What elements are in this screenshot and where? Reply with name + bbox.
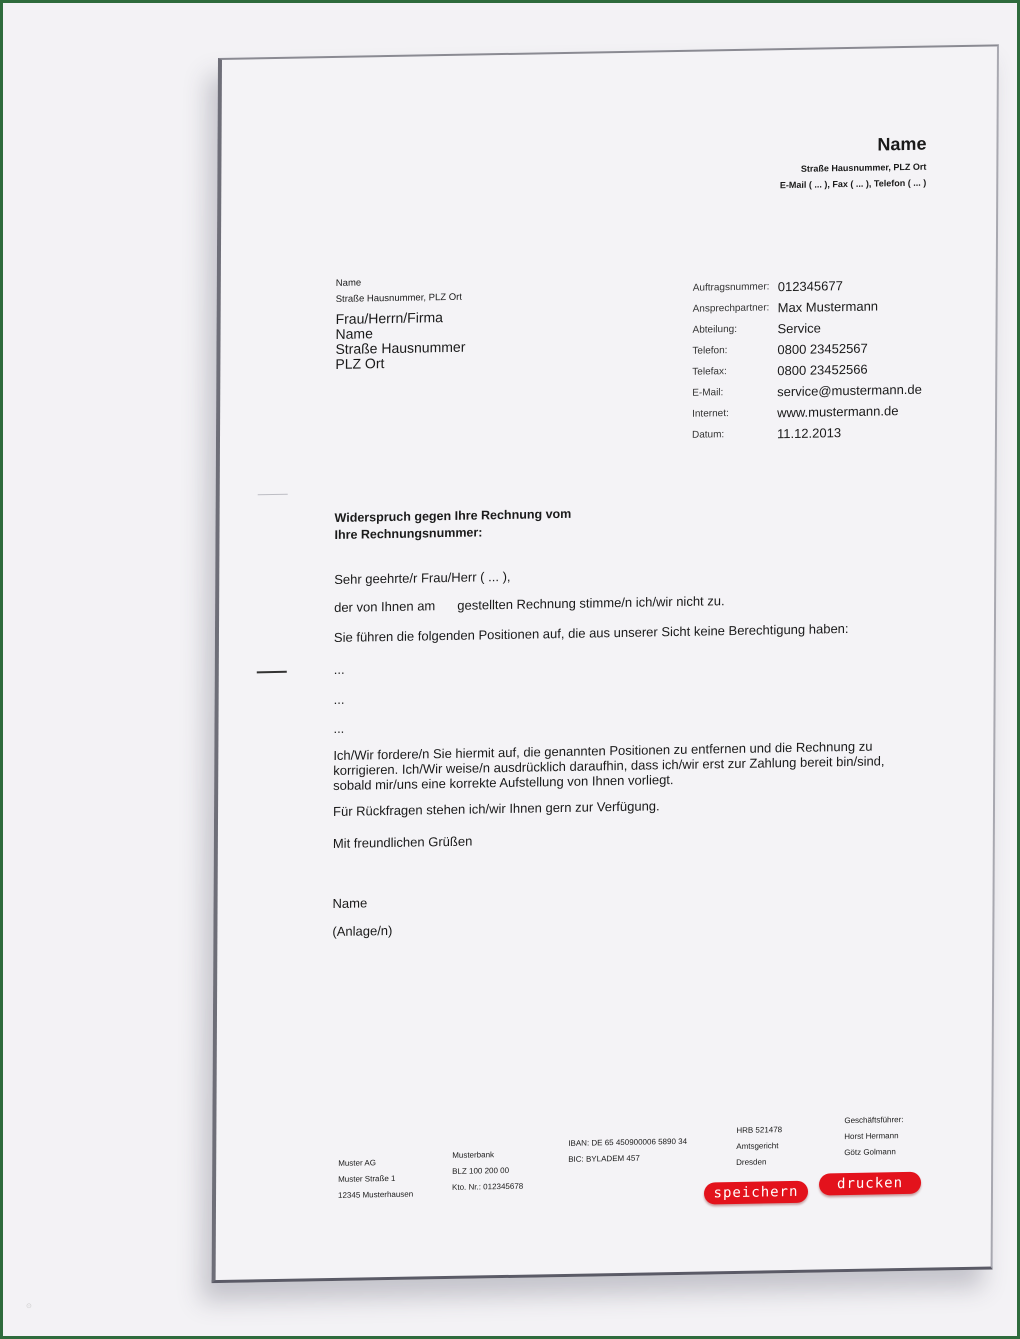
- info-value: Max Mustermann: [778, 298, 879, 315]
- footer-iban: IBAN: DE 65 450900006 5890 34 BIC: BYLAD…: [568, 1134, 687, 1168]
- recipient-address: Frau/Herrn/Firma Name Straße Hausnummer …: [335, 310, 465, 372]
- letter-page: Name Straße Hausnummer, PLZ Ort E-Mail (…: [212, 44, 999, 1283]
- recipient-line-3: Straße Hausnummer: [335, 340, 465, 357]
- footer-text: 12345 Musterhausen: [338, 1187, 413, 1204]
- recipient-line-4: PLZ Ort: [335, 355, 465, 372]
- footer-text: Götz Golmann: [844, 1144, 903, 1161]
- closing: Mit freundlichen Grüßen: [333, 834, 473, 851]
- save-button[interactable]: speichern: [704, 1181, 808, 1205]
- paragraph-1-end: gestellten Rechnung stimme/n ich/wir nic…: [457, 593, 724, 613]
- info-label: Abteilung:: [693, 323, 778, 335]
- info-value: 0800 23452567: [777, 341, 867, 358]
- info-label: Datum:: [692, 428, 777, 440]
- footer-text: IBAN: DE 65 450900006 5890 34: [568, 1134, 687, 1152]
- footer-text: BLZ 100 200 00: [452, 1163, 523, 1180]
- footer-text: BIC: BYLADEM 457: [568, 1150, 687, 1168]
- footer-management: Geschäftsführer: Horst Hermann Götz Golm…: [844, 1112, 903, 1161]
- footer-bank: Musterbank BLZ 100 200 00 Kto. Nr.: 0123…: [452, 1147, 523, 1196]
- list-item: ...: [333, 721, 344, 736]
- paragraph-3: Ich/Wir fordere/n Sie hiermit auf, die g…: [333, 738, 923, 793]
- footer-text: Muster AG: [338, 1155, 413, 1172]
- info-value: 11.12.2013: [777, 425, 841, 441]
- list-item: ...: [334, 662, 345, 677]
- subject-line-2: Ihre Rechnungsnummer:: [334, 523, 571, 544]
- letterhead-address: Straße Hausnummer, PLZ Ort: [801, 162, 927, 174]
- info-label: Auftragsnummer:: [693, 281, 778, 293]
- footer-text: Amtsgericht: [736, 1138, 782, 1155]
- watermark: ⊙: [26, 1302, 32, 1310]
- signature-name: Name: [333, 895, 368, 911]
- info-label: Internet:: [692, 407, 777, 419]
- paragraph-1: der von Ihnen amgestellten Rechnung stim…: [334, 593, 725, 615]
- list-item: ...: [334, 692, 345, 707]
- info-label: Telefax:: [692, 365, 777, 377]
- footer-text: Dresden: [736, 1154, 782, 1171]
- sender-address: Straße Hausnummer, PLZ Ort: [336, 290, 462, 308]
- salutation: Sehr geehrte/r Frau/Herr ( ... ),: [334, 569, 510, 587]
- print-button[interactable]: drucken: [819, 1172, 921, 1196]
- paragraph-4: Für Rückfragen stehen ich/wir Ihnen gern…: [333, 798, 660, 819]
- info-value: 012345677: [778, 278, 843, 294]
- footer-register: HRB 521478 Amtsgericht Dresden: [736, 1122, 782, 1171]
- footer-text: Muster Straße 1: [338, 1171, 413, 1188]
- paragraph-1-start: der von Ihnen am: [334, 598, 435, 615]
- letterhead-contact: E-Mail ( ... ), Fax ( ... ), Telefon ( .…: [780, 178, 926, 191]
- punch-mark: [257, 671, 287, 674]
- footer-text: Musterbank: [452, 1147, 523, 1164]
- info-label: Ansprechpartner:: [693, 302, 778, 314]
- info-value: Service: [777, 320, 820, 336]
- info-value: www.mustermann.de: [777, 403, 898, 420]
- info-block: Auftragsnummer:012345677 Ansprechpartner…: [692, 274, 923, 446]
- paragraph-2: Sie führen die folgenden Positionen auf,…: [334, 621, 849, 645]
- subject: Widerspruch gegen Ihre Rechnung vom Ihre…: [334, 506, 571, 544]
- info-label: E-Mail:: [692, 386, 777, 398]
- footer-text: Horst Hermann: [844, 1128, 903, 1145]
- info-label: Telefon:: [692, 344, 777, 356]
- info-value: 0800 23452566: [777, 362, 867, 379]
- footer-text: Geschäftsführer:: [844, 1112, 903, 1129]
- fold-mark: [258, 494, 288, 496]
- footer-text: HRB 521478: [736, 1122, 782, 1139]
- footer-text: Kto. Nr.: 012345678: [452, 1179, 523, 1196]
- letterhead-name: Name: [877, 134, 926, 156]
- attachment-note: (Anlage/n): [332, 923, 392, 939]
- sender-return-line: Name Straße Hausnummer, PLZ Ort: [336, 274, 462, 308]
- footer-company: Muster AG Muster Straße 1 12345 Musterha…: [338, 1155, 413, 1204]
- info-row-date: Datum:11.12.2013: [692, 421, 922, 446]
- info-value: service@mustermann.de: [777, 382, 922, 400]
